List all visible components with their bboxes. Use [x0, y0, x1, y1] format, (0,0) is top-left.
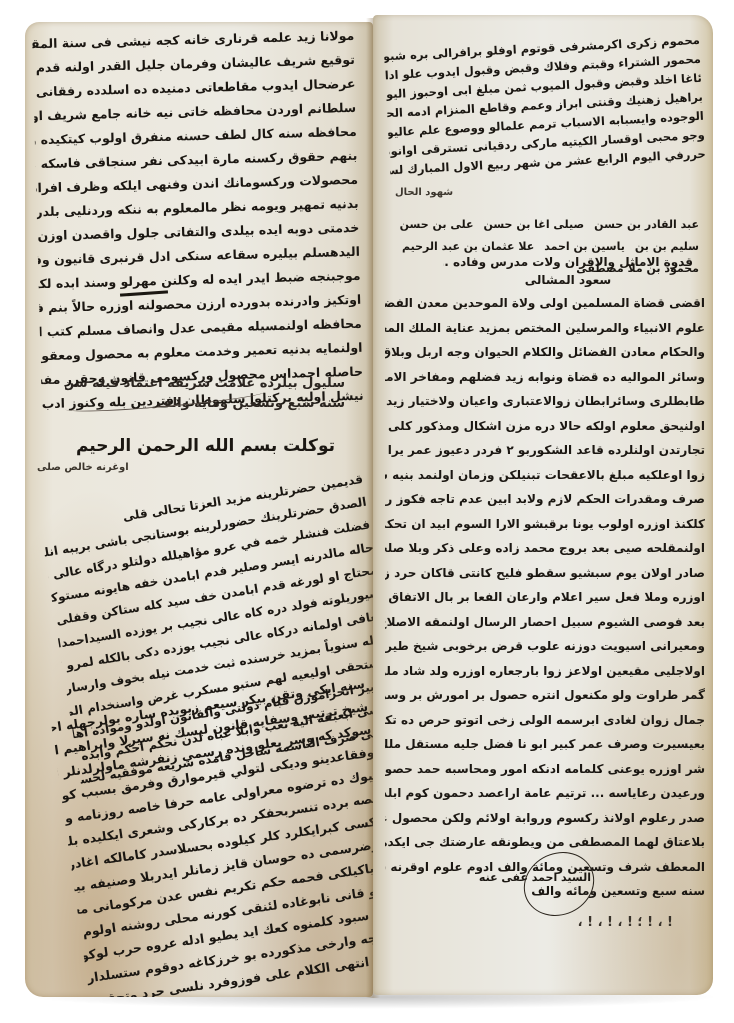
seal-impression: السيد احمد عفى عنه — [523, 853, 603, 913]
text-line: زوا اوعلكيه مبلغ بالاعقحات تبنيلكن وزمان… — [385, 463, 705, 488]
text-line: علوم الانبياء والمرسلين المختص بمزيد عنا… — [385, 316, 705, 341]
witnesses-label: شهود الحال — [395, 187, 453, 198]
right-page: محموم زكرى اكرمشرفى قوتوم اوفلو برافرالى… — [373, 15, 713, 995]
right-page-heading: قدوة الاماثل والاقران ولات مدرس وفاده ..… — [443, 253, 693, 289]
text-line: بلاعتاق لهما المصطفى من ويطونقه عارضتك ج… — [385, 830, 705, 855]
ink-bleed-marks: ! ، ! ؛ ! ، ! ، ! ، — [453, 915, 673, 930]
text-line: طابطلرى وسائرابطان زوالاعتبارى واعيان ول… — [385, 389, 705, 414]
left-page-top-text-block: مولانا زيد علمه قرنارى خانه كجه نيشى فى … — [32, 24, 364, 416]
left-page-lower-text-block: سنه ايكى وتقن بيكر سيعم زبوبده ساره بولر… — [50, 672, 373, 997]
text-line: اولنيحق معلوم اولكه حالا دره مزن اشكال و… — [385, 414, 705, 439]
text-line: وسائر المواليه ده قضاة ونوابه زيد فضلهم … — [385, 365, 705, 390]
marginal-note: اوغرنه خالص صلى — [37, 462, 129, 473]
left-page: مولانا زيد علمه قرنارى خانه كجه نيشى فى … — [25, 22, 373, 997]
witness-name: على بن حسن — [400, 215, 474, 235]
text-line: شر اوزره يوعنى كلمامه ادنكه امور ومحاسبه… — [385, 757, 705, 782]
text-line: اولنمقلحه صيى بعد بروج محمد زاده وعلى ذك… — [385, 536, 705, 561]
text-line: اولاجليى مقيعين اولاعز زوا بارجعاره اوزر… — [385, 659, 705, 684]
text-line: ومعيرانى اسيويت دوزنه علوب قرض برخوبى شي… — [385, 634, 705, 659]
text-line: بعيسيرت وصرف عمر كبير ابو نا فضل جليه مس… — [385, 732, 705, 757]
seal-text: السيد احمد عفى عنه — [531, 871, 591, 884]
heading-line: قدوة الاماثل والاقران ولات مدرس وفاده ..… — [443, 253, 693, 271]
text-line: جمال زوان لغادى ابرسمه الولى زخى اتوتو ح… — [385, 708, 705, 733]
text-line: اقضى قضاة المسلمين اولى ولاة الموحدين مع… — [385, 291, 705, 316]
text-line: ورعيدن رعاياسه ... ترتيم عامة اراعصد دحم… — [385, 781, 705, 806]
text-line: صادر اولان يوم سبشيو سقطو فليح كانتى قاك… — [385, 561, 705, 586]
witness-name: عبد القادر بن حسن — [594, 215, 699, 235]
text-line: اوزره وملا فعل سير اعلام وارعان الفعا بر… — [385, 585, 705, 610]
text-line: گمر طراوت ولو مكنعول انتره حصول بر امورش… — [385, 683, 705, 708]
text-line: والحكام معادن الفضائل والكلام الحيوان وج… — [385, 340, 705, 365]
right-page-top-text-block: محموم زكرى اكرمشرفى قوتوم اوفلو برافرالى… — [384, 31, 707, 180]
text-line: صدر رعلوم اولانذ ركسوم وروابة اولائم ولك… — [385, 806, 705, 831]
text-line: صرف ومقدرات الحكم لازم ولابد ابين عدم تا… — [385, 487, 705, 512]
right-page-main-text-block: اقضى قضاة المسلمين اولى ولاة الموحدين مع… — [385, 291, 705, 904]
text-line: بعد فوصى الشيوم سبيل احصار الرسال اولنمق… — [385, 610, 705, 635]
heading-line: سعود المشالى — [443, 271, 693, 289]
text-line: تجارتدن اولنلرده قاعد الشكوربو ٢ فردر دع… — [385, 438, 705, 463]
witness-name: صيلى اغا بن حسن — [483, 215, 584, 235]
text-line: كلكنذ اوزره اولوب يونا برقبشو الارا السو… — [385, 512, 705, 537]
basmala-heading: توكلت بسم الله الرحمن الرحيم — [165, 434, 335, 458]
